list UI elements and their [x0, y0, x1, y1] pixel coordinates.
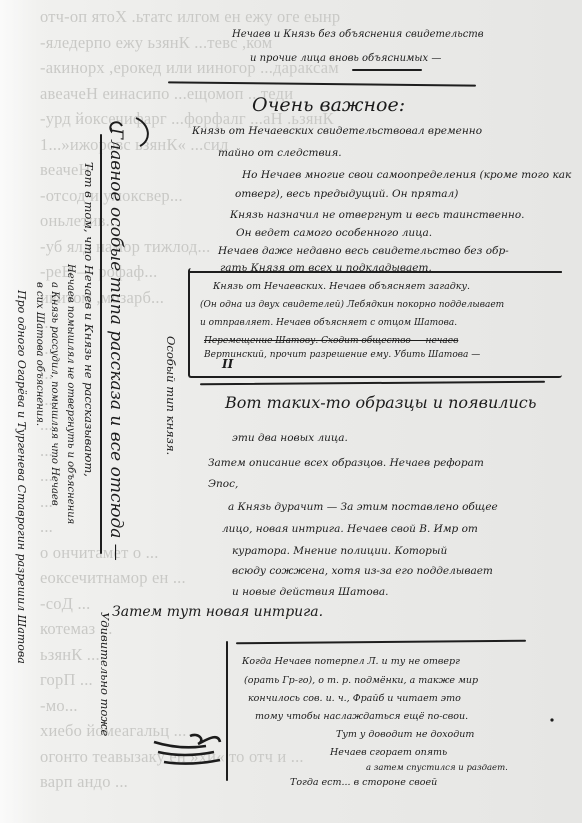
- top-note-line1: Нечаев и Князь без объяснения свидетельс…: [232, 26, 484, 43]
- block3-line: лицо, новая интрига. Нечаев свой В. Имр …: [222, 521, 478, 538]
- left-vertical-signoff: Удивительно тоже: [98, 612, 112, 736]
- then-line: Затем тут новая интрига.: [112, 604, 323, 620]
- block4-line: Нечаев сгорает опять: [330, 744, 447, 761]
- block1-line: Князь назначил не отвергнут и весь таинс…: [230, 207, 524, 224]
- block3-intro-2: Эпос,: [208, 476, 238, 493]
- block4-line: кончилось сов. и. ч., Фрайб и читает это: [248, 690, 461, 707]
- block2-line: Князь от Нечаевских. Нечаев объясняет за…: [213, 278, 470, 295]
- block4-line: тому чтобы наслаждаться ещё по-свои.: [255, 708, 468, 725]
- left-vertical-col6: Про одного Огарёва и Тургенева Ставрогин…: [15, 290, 28, 664]
- block4-line: Тогда ест... в стороне своей: [290, 774, 437, 791]
- block3-line: всюду сожжена, хотя из-за его подделывае…: [232, 563, 493, 580]
- block2-mark: II: [222, 357, 233, 371]
- block4-line: Тут у доводит не доходит: [336, 726, 474, 743]
- left-vertical-col3: Нечаев помышлял не отвергнуть и объяснен…: [65, 264, 76, 524]
- left-vertical-col4: а Князь рассудил, помышляя что Нечаев: [49, 282, 60, 506]
- block3-line: а Князь дурачит — За этим поставлено общ…: [228, 499, 498, 516]
- bottom-flourish: [150, 730, 230, 780]
- top-note-underline: [352, 69, 422, 71]
- block3-line: куратора. Мнение полиции. Который: [232, 543, 447, 560]
- left-vertical-heading: Главное особые типа рассказа и все отсюд…: [106, 128, 126, 561]
- heading-important: Очень важное:: [252, 94, 405, 116]
- block-2-top: [188, 271, 562, 273]
- block1-line: Он ведет самого особенного лица.: [236, 225, 432, 242]
- top-note-line2: и прочие лица вновь объяснимых —: [250, 50, 441, 67]
- manuscript-page: отч-оп ятоХ .ьтатс илгом ен ежу оге еынр…: [0, 0, 582, 823]
- block4-line: Когда Нечаев потерпел Л. и ту не отверг: [242, 653, 460, 670]
- block1-line: тайно от следствия.: [218, 145, 342, 162]
- block1-line: отверг), весь предыдущий. Он прятал): [235, 186, 458, 203]
- block2-line: (Он одна из двух свидетелей) Лебядкин по…: [200, 297, 504, 314]
- block2-line: Вертинский, прочит разрешение ему. Убить…: [204, 347, 480, 364]
- left-vertical-col5: в сих Шатова объяснения.: [34, 282, 45, 426]
- block3-heading-2: эти два новых лица.: [232, 430, 348, 447]
- block3-intro-1: Затем описание всех образцов. Нечаев реф…: [208, 455, 484, 472]
- left-vertical-col2: Тот в том, что Нечаев и Князь не рассказ…: [82, 162, 96, 477]
- block2-line: и отправляет. Нечаев объясняет с отцом Ш…: [200, 315, 457, 332]
- left-vertical-underline: [100, 134, 102, 554]
- block3-line: и новые действия Шатова.: [232, 584, 388, 601]
- block1-line: Но Нечаев многие свои самоопределения (к…: [242, 167, 571, 184]
- block4-line: (орать Гр-го), о т. р. подмёнки, а также…: [244, 672, 478, 689]
- block1-line: Нечаев даже недавно весь свидетельство б…: [218, 243, 509, 260]
- block3-heading-1: Вот таких-то образцы и появились: [225, 393, 536, 412]
- left-vertical-right-note: Особый тип князя.: [164, 336, 178, 455]
- dot-mark: [550, 718, 554, 722]
- top-left-flourish: [100, 110, 160, 150]
- block1-line: Князь от Нечаевских свидетельствовал вре…: [192, 123, 482, 140]
